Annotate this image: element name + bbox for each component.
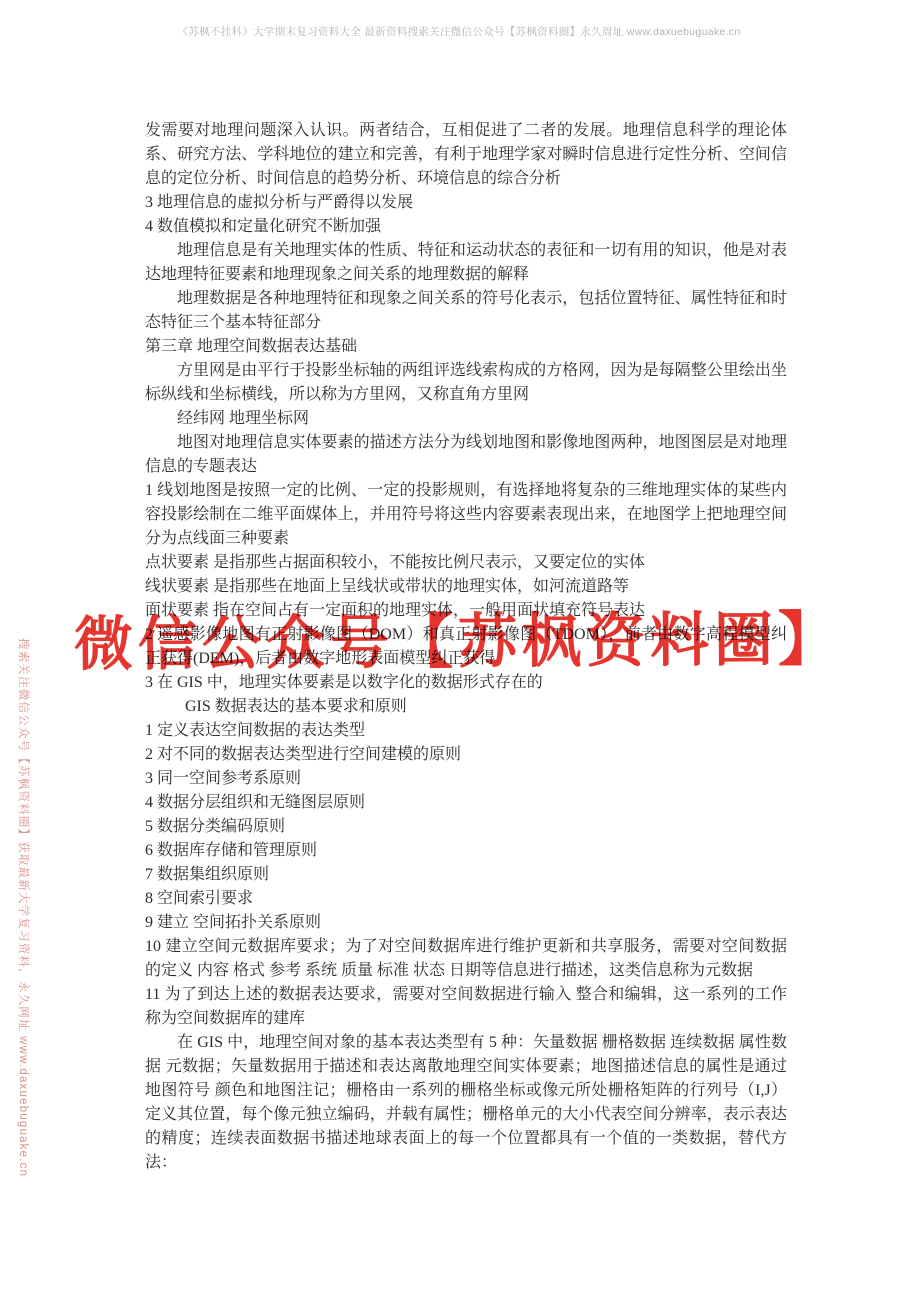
document-paragraph: 2 遥感影像地图有正射影像图（DOM）和真正射影像图（TDOM），前者由数字高程… (145, 623, 787, 671)
document-paragraph: 方里网是由平行于投影坐标轴的两组评选线索构成的方格网，因为是每隔整公里绘出坐标纵… (145, 359, 787, 407)
header-watermark-text: 《苏枫不挂科》大学期末复习资料大全 最新资料搜索关注微信公众号【苏枫资料圈】永久… (0, 24, 918, 39)
document-paragraph: 4 数据分层组织和无缝图层原则 (145, 791, 787, 815)
document-paragraph: 3 同一空间参考系原则 (145, 767, 787, 791)
document-paragraph: 11 为了到达上述的数据表达要求，需要对空间数据进行输入 整合和编辑，这一系列的… (145, 983, 787, 1031)
document-paragraph: 3 地理信息的虚拟分析与严爵得以发展 (145, 191, 787, 215)
document-paragraph: 地理信息是有关地理实体的性质、特征和运动状态的表征和一切有用的知识，他是对表达地… (145, 239, 787, 287)
document-paragraph: 5 数据分类编码原则 (145, 815, 787, 839)
document-paragraph: 7 数据集组织原则 (145, 863, 787, 887)
document-paragraph: 面状要素 指在空间占有一定面积的地理实体，一般用面状填充符号表达 (145, 599, 787, 623)
document-paragraph: 3 在 GIS 中，地理实体要素是以数字化的数据形式存在的 (145, 671, 787, 695)
document-paragraph: 9 建立 空间拓扑关系原则 (145, 911, 787, 935)
document-paragraph: 发需要对地理问题深入认识。两者结合，互相促进了二者的发展。地理信息科学的理论体系… (145, 119, 787, 191)
document-page: 《苏枫不挂科》大学期末复习资料大全 最新资料搜索关注微信公众号【苏枫资料圈】永久… (0, 0, 918, 1298)
document-paragraph: 6 数据库存储和管理原则 (145, 839, 787, 863)
document-paragraph: 2 对不同的数据表达类型进行空间建模的原则 (145, 743, 787, 767)
side-watermark-text: 搜索关注微信公众号【苏枫资料圈】获取最新大学复习资料，永久网址 www.daxu… (16, 638, 32, 1177)
document-paragraph: 第三章 地理空间数据表达基础 (145, 335, 787, 359)
document-paragraph: 地理数据是各种地理特征和现象之间关系的符号化表示，包括位置特征、属性特征和时态特… (145, 287, 787, 335)
document-paragraph: 经纬网 地理坐标网 (145, 407, 787, 431)
document-paragraph: 1 线划地图是按照一定的比例、一定的投影规则，有选择地将复杂的三维地理实体的某些… (145, 479, 787, 551)
document-paragraph: 地图对地理信息实体要素的描述方法分为线划地图和影像地图两种，地图图层是对地理信息… (145, 431, 787, 479)
document-paragraph: 10 建立空间元数据库要求；为了对空间数据库进行维护更新和共享服务，需要对空间数… (145, 935, 787, 983)
document-paragraph: 1 定义表达空间数据的表达类型 (145, 719, 787, 743)
document-paragraph: 点状要素 是指那些占据面积较小，不能按比例尺表示，又要定位的实体 (145, 551, 787, 575)
document-paragraph: 线状要素 是指那些在地面上呈线状或带状的地理实体，如河流道路等 (145, 575, 787, 599)
document-paragraph: 在 GIS 中，地理空间对象的基本表达类型有 5 种：矢量数据 栅格数据 连续数… (145, 1031, 787, 1175)
document-paragraph: GIS 数据表达的基本要求和原则 (145, 695, 787, 719)
document-paragraph: 4 数值模拟和定量化研究不断加强 (145, 215, 787, 239)
document-body: 发需要对地理问题深入认识。两者结合，互相促进了二者的发展。地理信息科学的理论体系… (145, 119, 787, 1175)
document-paragraph: 8 空间索引要求 (145, 887, 787, 911)
